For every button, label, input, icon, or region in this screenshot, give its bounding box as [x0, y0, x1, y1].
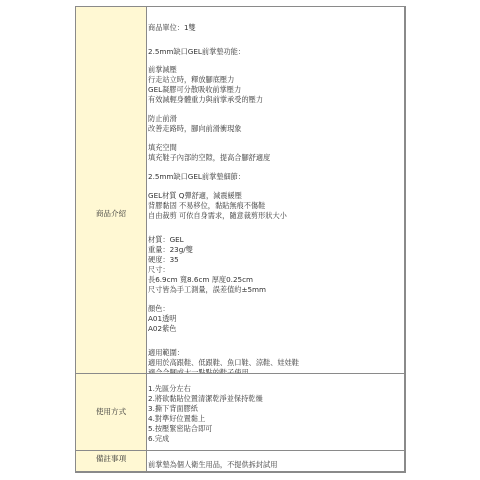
usage-label-cell: 使用方式	[76, 374, 147, 451]
text-line: 長6.9cm 寬8.6cm 厚度0.25cm	[148, 275, 404, 285]
text-line: 改善走路時，腳向前滑衝現象	[148, 124, 404, 134]
notes-text: 前掌墊為個人衛生用品，不提供拆封試用	[148, 460, 404, 470]
fill-space-block: 填充空間 填充鞋子內部的空隙，提高合腳舒適度	[148, 143, 404, 163]
text-line: 填充空間	[148, 143, 404, 153]
unit-block: 商品單位：1雙	[148, 23, 404, 33]
usage-step: 5.按壓緊密貼合即可	[148, 424, 404, 434]
forefoot-relief-block: 前掌減壓 行走站立時，釋放腳底壓力 GEL凝膠可分散吸收前掌壓力 有效減輕身體重…	[148, 65, 404, 105]
text-line: 前掌減壓	[148, 65, 404, 75]
usage-step: 4.對準好位置黏上	[148, 414, 404, 424]
colors-block: 顏色： A01透明 A02紫色	[148, 304, 404, 334]
product-intro-label-cell: 商品介紹	[76, 7, 147, 374]
text-line: 行走站立時，釋放腳底壓力	[148, 75, 404, 85]
text-line: 硬度：35	[148, 255, 404, 265]
text-line: 尺寸皆為手工測量，誤差值約±5mm	[148, 285, 404, 295]
text-line: 自由裁剪 可依自身需求，隨意裁剪形狀大小	[148, 211, 404, 221]
text-line: 適用範圍：	[148, 348, 404, 358]
text-line: 尺寸：	[148, 265, 404, 275]
details-heading-block: 2.5mm缺口GEL前掌墊細節：	[148, 172, 404, 182]
anti-slip-block: 防止前滑 改善走路時，腳向前滑衝現象	[148, 114, 404, 134]
text-line: 防止前滑	[148, 114, 404, 124]
usage-step: 6.完成	[148, 434, 404, 444]
text-line: GEL材質 Q彈舒適，減震緩壓	[148, 191, 404, 201]
text-line: 材質：GEL	[148, 235, 404, 245]
notes-label-cell: 備註事項	[76, 451, 147, 471]
notes-label: 備註事項	[96, 454, 126, 464]
usage-step: 1.先區分左右	[148, 384, 404, 394]
text-line: 背膠黏固 不易移位，黏貼無痕不傷鞋	[148, 201, 404, 211]
function-heading-block: 2.5mm缺口GEL前掌墊功能：	[148, 47, 404, 57]
text-line: GEL凝膠可分散吸收前掌壓力	[148, 85, 404, 95]
usage-label: 使用方式	[96, 407, 126, 417]
text-line: A02紫色	[148, 324, 404, 334]
text-line: 有效減輕身體重力與前掌承受的壓力	[148, 95, 404, 105]
product-intro-content: 商品單位：1雙 2.5mm缺口GEL前掌墊功能： 前掌減壓 行走站立時，釋放腳底…	[147, 7, 404, 374]
features-block: GEL材質 Q彈舒適，減震緩壓 背膠黏固 不易移位，黏貼無痕不傷鞋 自由裁剪 可…	[148, 191, 404, 221]
text-line: A01透明	[148, 314, 404, 324]
text-line: 商品單位：1雙	[148, 23, 404, 33]
text-line: 適用於高跟鞋、低跟鞋、魚口鞋、涼鞋、娃娃鞋	[148, 358, 404, 368]
text-line: 顏色：	[148, 304, 404, 314]
text-line: 重量：23g/雙	[148, 245, 404, 255]
text-line: 填充鞋子內部的空隙，提高合腳舒適度	[148, 153, 404, 163]
text-line: 2.5mm缺口GEL前掌墊功能：	[148, 47, 404, 57]
notes-content: 前掌墊為個人衛生用品，不提供拆封試用	[147, 451, 404, 471]
usage-step: 3.撕下背面膠紙	[148, 404, 404, 414]
usage-step: 2.將欲黏貼位置清潔乾淨並保持乾燥	[148, 394, 404, 404]
product-intro-label: 商品介紹	[96, 209, 126, 219]
applicable-scope-block: 適用範圍： 適用於高跟鞋、低跟鞋、魚口鞋、涼鞋、娃娃鞋 適合合腳或大一點點的鞋子…	[148, 348, 404, 374]
text-line: 2.5mm缺口GEL前掌墊細節：	[148, 172, 404, 182]
specifications-block: 材質：GEL 重量：23g/雙 硬度：35 尺寸： 長6.9cm 寬8.6cm …	[148, 235, 404, 295]
usage-content: 1.先區分左右 2.將欲黏貼位置清潔乾淨並保持乾燥 3.撕下背面膠紙 4.對準好…	[147, 374, 404, 451]
product-spec-table: 商品介紹 商品單位：1雙 2.5mm缺口GEL前掌墊功能： 前掌減壓 行走站立時…	[75, 6, 406, 473]
